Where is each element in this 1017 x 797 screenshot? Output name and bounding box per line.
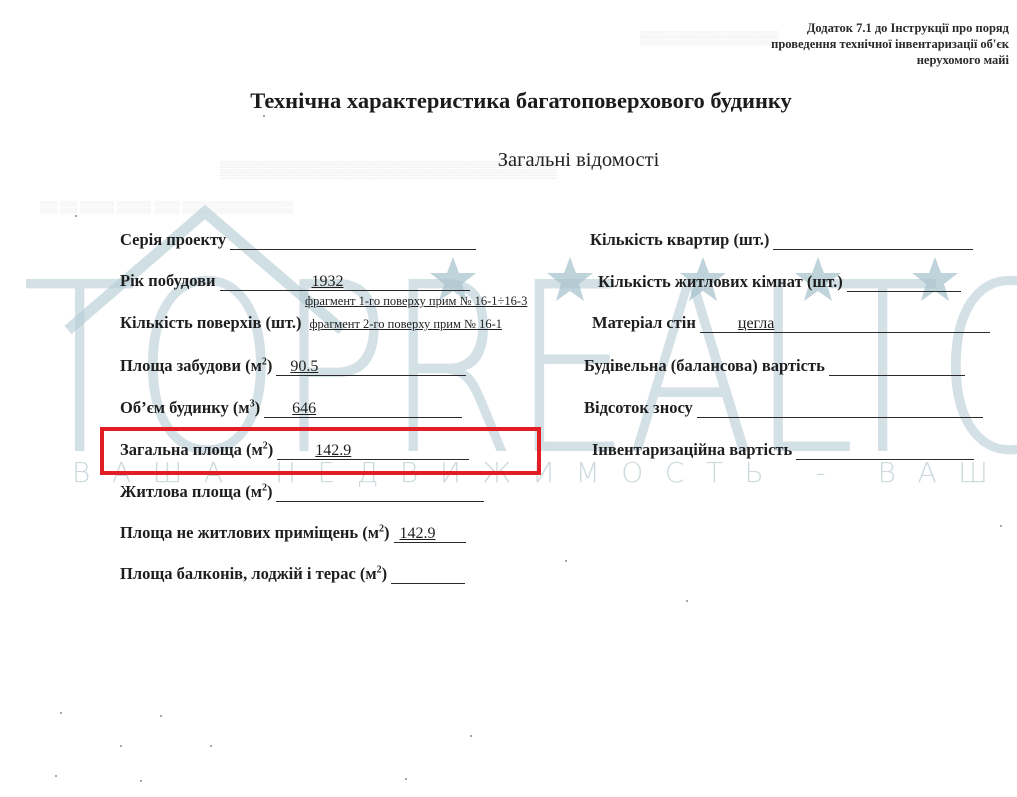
scan-speck [55, 775, 57, 777]
field-year-built: Рік побудови 1932 [120, 271, 470, 291]
field-value: 646 [292, 400, 316, 418]
scan-speck [60, 712, 62, 714]
field-value-line[interactable] [697, 398, 983, 418]
field-label: Площа балконів, лоджій і терас (м2) [120, 564, 391, 584]
field-balcony-area: Площа балконів, лоджій і терас (м2) [120, 564, 465, 584]
field-value-line[interactable] [796, 440, 974, 460]
year-built-note: фрагмент 1-го поверху прим № 16-1÷16-3 [305, 294, 527, 309]
field-value-line[interactable] [847, 272, 961, 292]
field-label: Об’єм будинку (м3) [120, 398, 264, 418]
field-label: Кількість квартир (шт.) [590, 230, 773, 250]
field-value-line[interactable] [773, 230, 973, 250]
document-title: Технічна характеристика багатоповерховог… [0, 88, 1017, 114]
total-area-highlight-box [100, 427, 541, 475]
scan-speck [565, 560, 567, 562]
scan-speck [140, 780, 142, 782]
field-apartments: Кількість квартир (шт.) [590, 230, 973, 250]
field-value: 1932 [312, 273, 344, 291]
field-label: Кількість житлових кімнат (шт.) [598, 272, 847, 292]
field-label: Відсоток зносу [584, 398, 697, 418]
field-project-series: Серія проекту [120, 230, 476, 250]
field-label: Кількість поверхів (шт.) [120, 313, 305, 333]
field-value-line[interactable]: 646 [264, 398, 462, 418]
field-wall-material: Матеріал стін цегла [592, 313, 990, 333]
section-title: Загальні відомості [0, 149, 1017, 172]
field-value-line[interactable] [391, 564, 465, 584]
star-icon [547, 257, 593, 301]
annex-line: Додаток 7.1 до Інструкції про поряд [771, 20, 1009, 36]
field-nonresidential-area: Площа не житлових приміщень (м2) 142.9 [120, 523, 466, 543]
field-label: Житлова площа (м2) [120, 482, 276, 502]
field-depreciation: Відсоток зносу [584, 398, 983, 418]
scan-speck [120, 745, 122, 747]
field-living-area: Житлова площа (м2) [120, 482, 484, 502]
scan-speck [686, 600, 688, 602]
field-label: Інвентаризаційна вартість [592, 440, 796, 460]
annex-reference: Додаток 7.1 до Інструкції про поряд пров… [771, 20, 1009, 68]
field-label: Рік побудови [120, 271, 220, 291]
bleed-through-text: ▒▒▒▒▒▒▒▒▒▒▒▒▒▒▒ [640, 30, 778, 46]
field-value: 142.9 [400, 525, 436, 543]
field-label: Будівельна (балансова) вартість [584, 356, 829, 376]
scan-speck [470, 735, 472, 737]
field-value-line[interactable] [230, 230, 476, 250]
field-label: Матеріал стін [592, 313, 700, 333]
field-value-line[interactable] [829, 356, 965, 376]
field-floors: Кількість поверхів (шт.) фрагмент 2-го п… [120, 313, 502, 333]
scan-speck [75, 215, 77, 217]
bleed-through-text: ▒▒ ▒▒ ▒▒▒▒ ▒▒▒▒ ▒▒▒ ▒▒▒▒▒▒▒▒▒▒▒▒▒ [40, 200, 293, 215]
field-inventory-value: Інвентаризаційна вартість [592, 440, 974, 460]
field-value-line[interactable]: 1932 [220, 271, 470, 291]
field-volume: Об’єм будинку (м3) 646 [120, 398, 462, 418]
field-built-area: Площа забудови (м2) 90.5 [120, 356, 466, 376]
annex-line: нерухомого майі [771, 52, 1009, 68]
scan-speck [405, 778, 407, 780]
scan-speck [160, 715, 162, 717]
field-label: Площа не житлових приміщень (м2) [120, 523, 394, 543]
field-value: фрагмент 2-го поверху прим № 16-1 [305, 317, 502, 333]
field-value: цегла [738, 315, 775, 333]
scan-speck [263, 115, 265, 117]
field-living-rooms: Кількість житлових кімнат (шт.) [598, 272, 961, 292]
field-value-line[interactable]: 142.9 [394, 523, 466, 543]
field-value-line[interactable]: 90.5 [276, 356, 466, 376]
annex-line: проведення технічної інвентаризації об'є… [771, 36, 1009, 52]
scan-speck [210, 745, 212, 747]
field-value-line[interactable]: цегла [700, 313, 990, 333]
field-value-line[interactable] [276, 482, 484, 502]
field-label: Площа забудови (м2) [120, 356, 276, 376]
scanned-document-page: ▒▒▒▒▒▒▒▒▒▒▒▒▒▒▒▒▒▒▒▒▒▒▒▒▒▒▒▒ ▒▒▒▒▒▒▒▒▒▒▒… [0, 0, 1017, 797]
scan-speck [1000, 525, 1002, 527]
field-value: 90.5 [290, 358, 318, 376]
field-book-value: Будівельна (балансова) вартість [584, 356, 965, 376]
field-label: Серія проекту [120, 230, 230, 250]
